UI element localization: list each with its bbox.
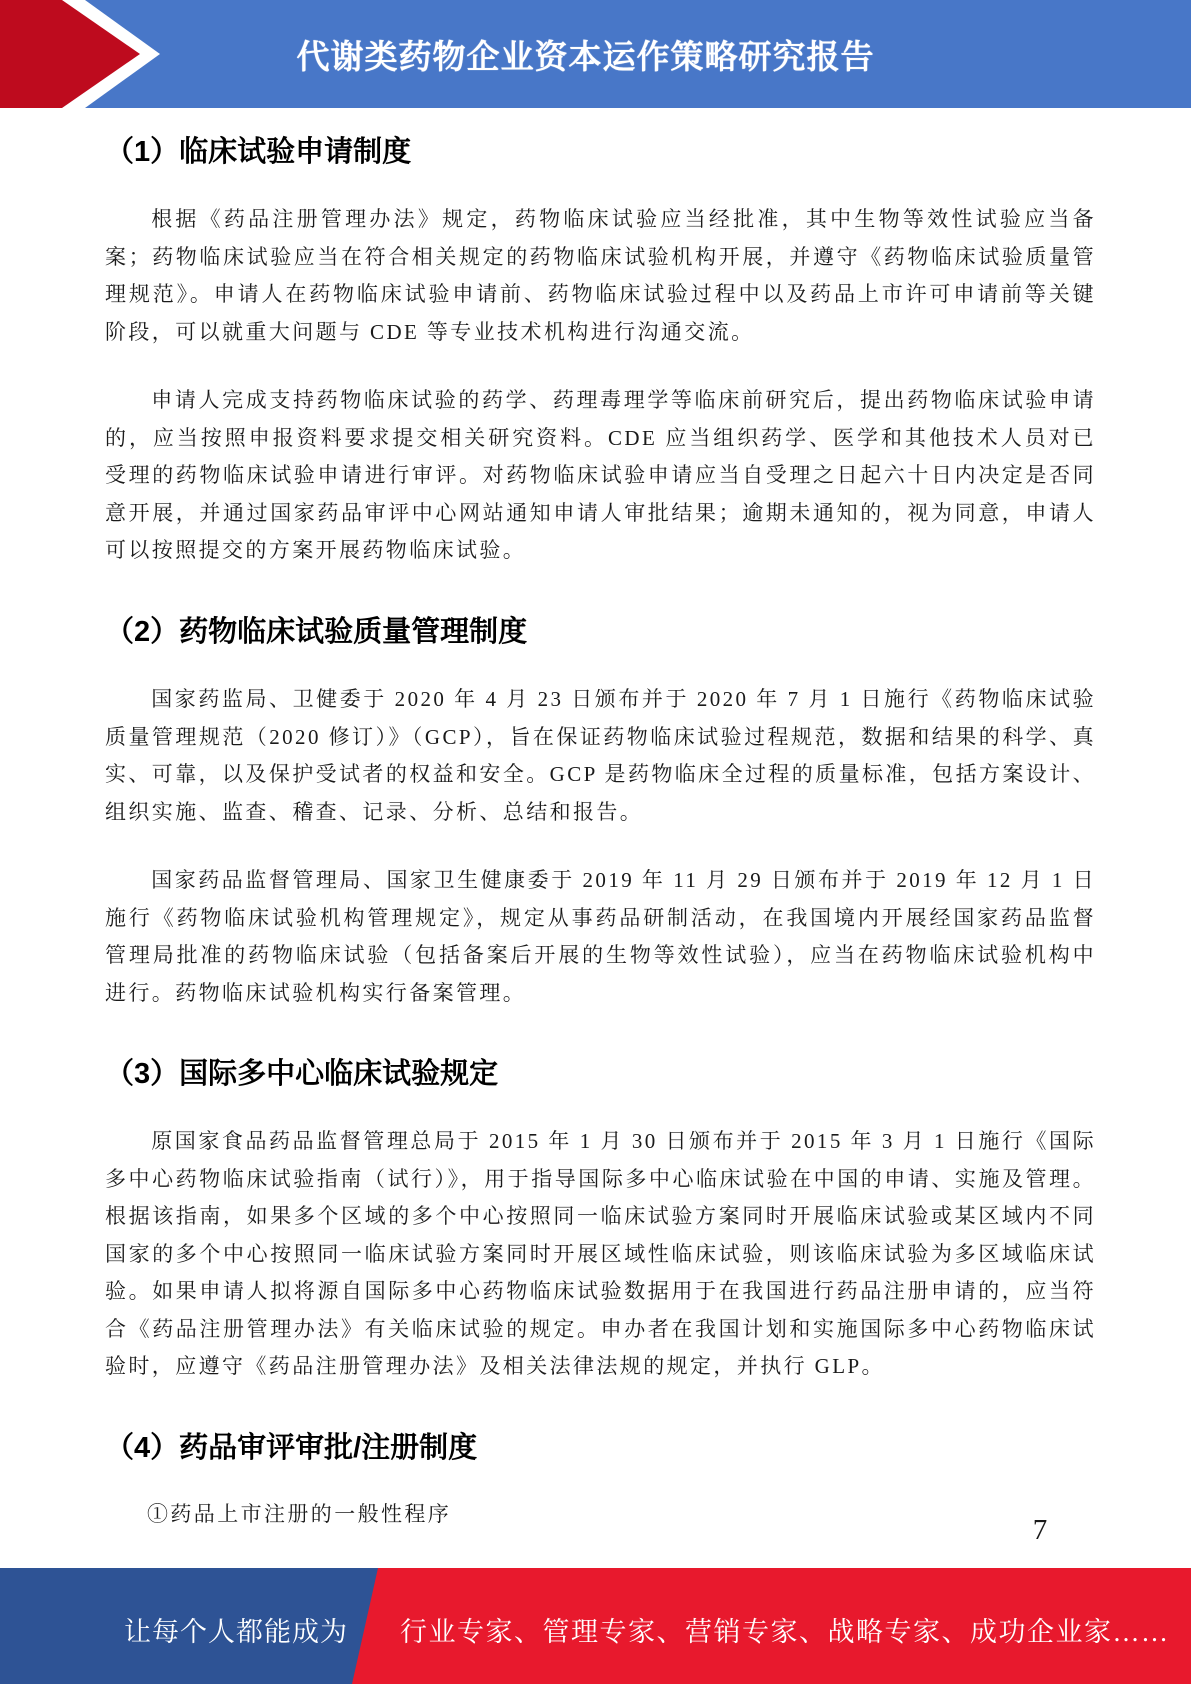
report-page: 代谢类药物企业资本运作策略研究报告 （1）临床试验申请制度 根据《药品注册管理办… — [0, 0, 1191, 1684]
paragraph: 原国家食品药品监督管理总局于 2015 年 1 月 30 日颁布并于 2015 … — [105, 1123, 1096, 1386]
numbered-sub-item: ①药品上市注册的一般性程序 — [105, 1496, 1096, 1534]
paragraph: 国家药监局、卫健委于 2020 年 4 月 23 日颁布并于 2020 年 7 … — [105, 681, 1096, 831]
section-heading-2: （2）药物临床试验质量管理制度 — [105, 614, 1096, 650]
footer-slogan-right: 行业专家、管理专家、营销专家、战略专家、成功企业家…… — [400, 1568, 1171, 1684]
document-body: （1）临床试验申请制度 根据《药品注册管理办法》规定，药物临床试验应当经批准，其… — [0, 134, 1191, 1534]
section-heading-4: （4）药品审评审批/注册制度 — [105, 1430, 1096, 1466]
paragraph: 申请人完成支持药物临床试验的药学、药理毒理学等临床前研究后，提出药物临床试验申请… — [105, 382, 1096, 570]
footer-banner: 让每个人都能成为 行业专家、管理专家、营销专家、战略专家、成功企业家…… — [0, 1568, 1191, 1684]
paragraph: 根据《药品注册管理办法》规定，药物临床试验应当经批准，其中生物等效性试验应当备案… — [105, 201, 1096, 351]
section-heading-1: （1）临床试验申请制度 — [105, 134, 1096, 170]
paragraph: 国家药品监督管理局、国家卫生健康委于 2019 年 11 月 29 日颁布并于 … — [105, 862, 1096, 1012]
section-heading-3: （3）国际多中心临床试验规定 — [105, 1056, 1096, 1092]
page-number: 7 — [1016, 1514, 1064, 1547]
header-banner: 代谢类药物企业资本运作策略研究报告 — [0, 0, 1191, 108]
page-title: 代谢类药物企业资本运作策略研究报告 — [0, 0, 1171, 108]
footer-slogan-left: 让每个人都能成为 — [0, 1568, 352, 1684]
